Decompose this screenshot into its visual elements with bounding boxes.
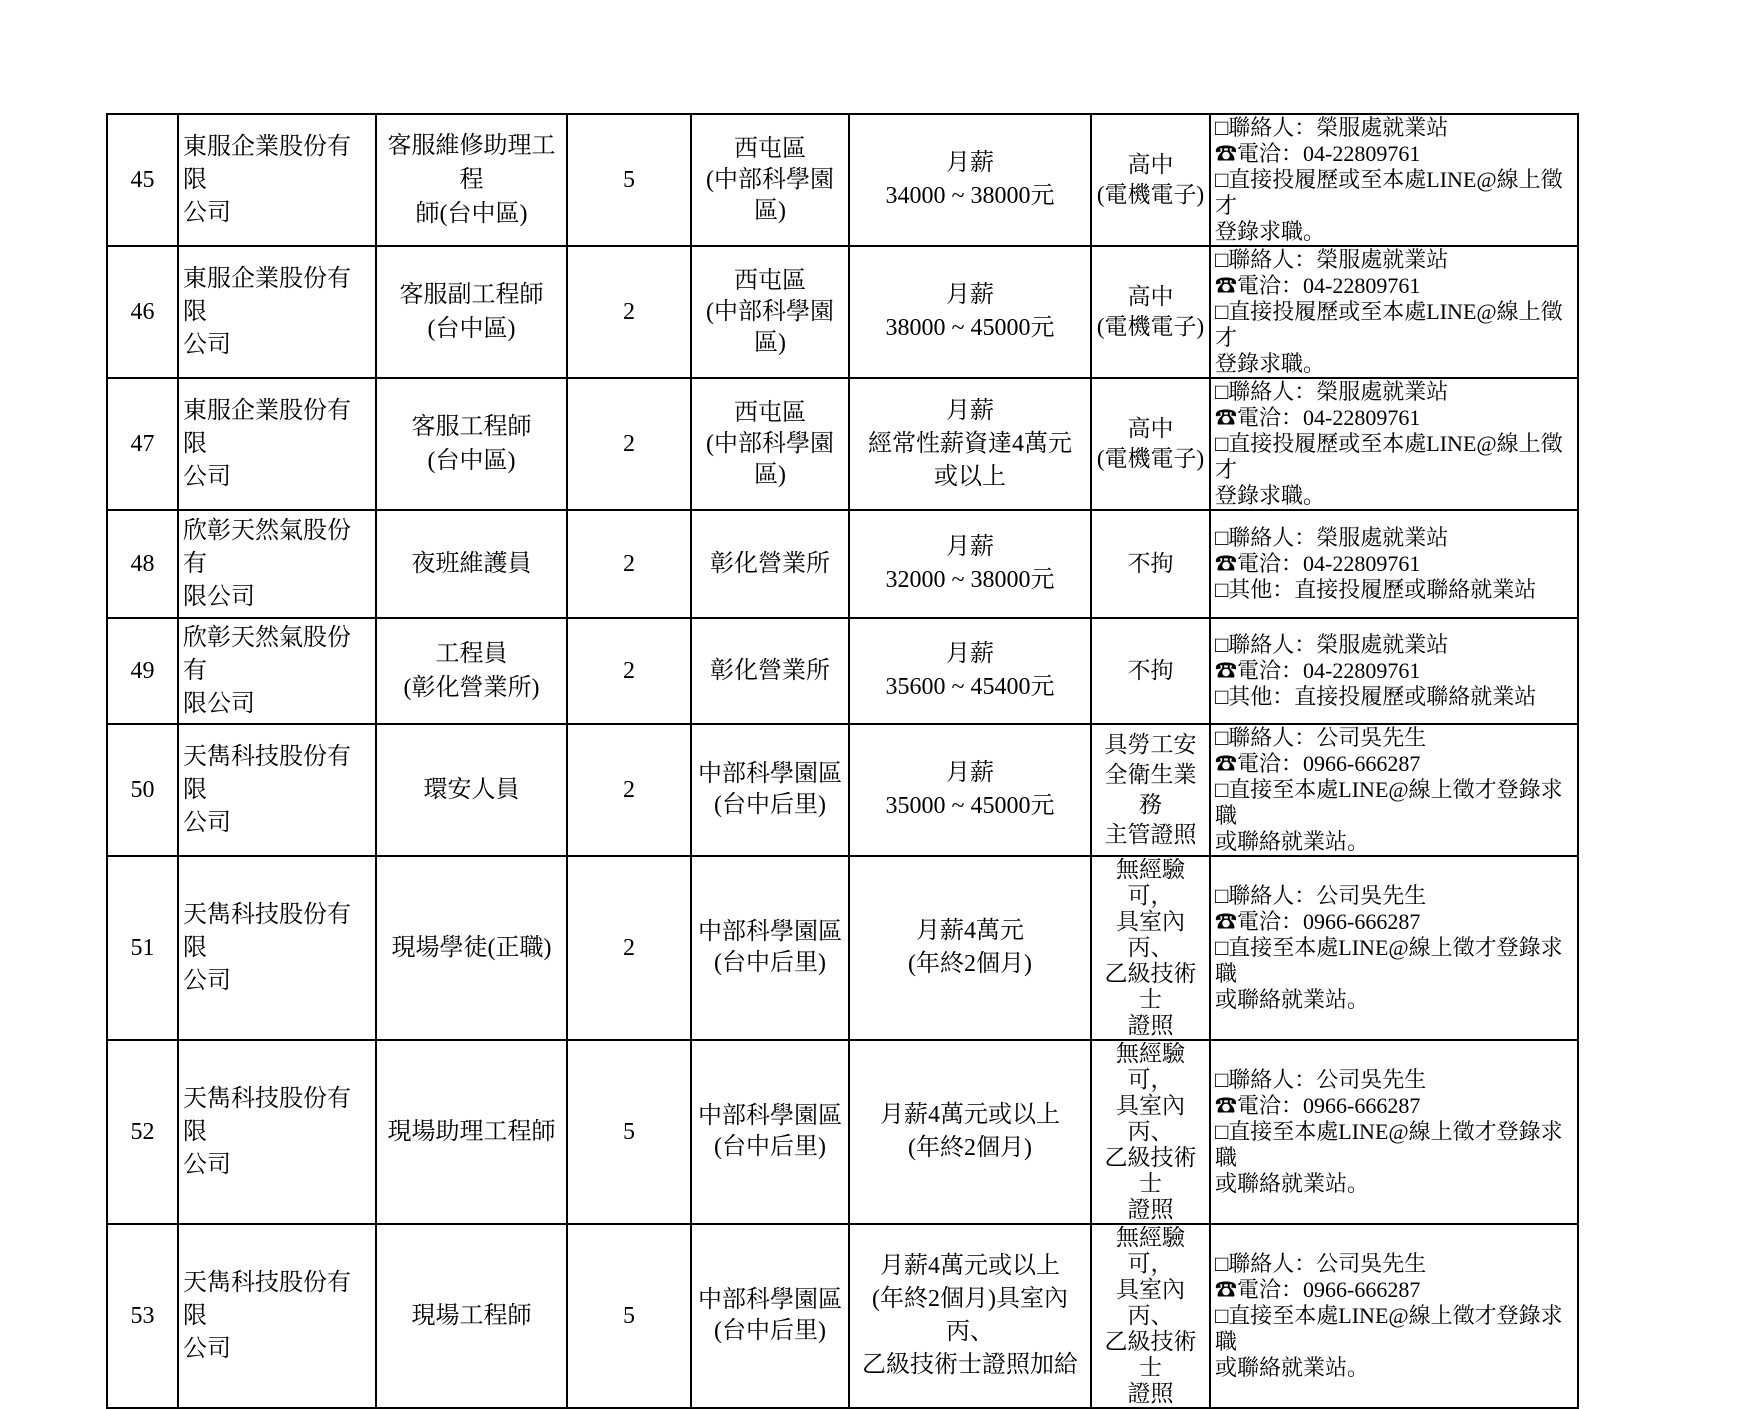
- table-row: 50 天雋科技股份有限 公司 環安人員 2 中部科學園區 (台中后里) 月薪 3…: [107, 724, 1578, 856]
- requirement-cell: 無經驗可， 具室內丙、 乙級技術士 證照: [1091, 856, 1210, 1040]
- table-row: 53 天雋科技股份有限 公司 現場工程師 5 中部科學園區 (台中后里) 月薪4…: [107, 1224, 1578, 1408]
- location-cell: 西屯區 (中部科學園 區): [691, 246, 849, 378]
- job-title-cell: 客服工程師 (台中區): [376, 378, 567, 510]
- salary-cell: 月薪 經常性薪資達4萬元 或以上: [849, 378, 1091, 510]
- openings-cell: 5: [567, 114, 691, 246]
- job-title-cell: 工程員 (彰化營業所): [376, 618, 567, 724]
- openings-cell: 5: [567, 1224, 691, 1408]
- company-cell: 欣彰天然氣股份有 限公司: [178, 618, 376, 724]
- row-number-cell: 50: [107, 724, 178, 856]
- salary-cell: 月薪4萬元 (年終2個月): [849, 856, 1091, 1040]
- contact-cell: □聯絡人：公司吳先生 ☎電洽：0966-666287 □直接至本處LINE@線上…: [1210, 1040, 1578, 1224]
- job-title-cell: 客服維修助理工程 師(台中區): [376, 114, 567, 246]
- requirement-cell: 具勞工安 全衛生業務 主管證照: [1091, 724, 1210, 856]
- salary-cell: 月薪 32000 ~ 38000元: [849, 510, 1091, 618]
- requirement-cell: 不拘: [1091, 618, 1210, 724]
- row-number-cell: 49: [107, 618, 178, 724]
- table-row: 49 欣彰天然氣股份有 限公司 工程員 (彰化營業所) 2 彰化營業所 月薪 3…: [107, 618, 1578, 724]
- requirement-cell: 高中 (電機電子): [1091, 378, 1210, 510]
- requirement-cell: 無經驗可， 具室內丙、 乙級技術士 證照: [1091, 1040, 1210, 1224]
- job-title-cell: 客服副工程師 (台中區): [376, 246, 567, 378]
- company-cell: 天雋科技股份有限 公司: [178, 724, 376, 856]
- contact-cell: □聯絡人：榮服處就業站 ☎電洽：04-22809761 □其他：直接投履歷或聯絡…: [1210, 510, 1578, 618]
- location-cell: 西屯區 (中部科學園 區): [691, 114, 849, 246]
- table-row: 51 天雋科技股份有限 公司 現場學徒(正職) 2 中部科學園區 (台中后里) …: [107, 856, 1578, 1040]
- location-cell: 西屯區 (中部科學園 區): [691, 378, 849, 510]
- table-row: 46 東服企業股份有限 公司 客服副工程師 (台中區) 2 西屯區 (中部科學園…: [107, 246, 1578, 378]
- requirement-cell: 高中 (電機電子): [1091, 246, 1210, 378]
- row-number-cell: 52: [107, 1040, 178, 1224]
- salary-cell: 月薪 35600 ~ 45400元: [849, 618, 1091, 724]
- requirement-cell: 不拘: [1091, 510, 1210, 618]
- openings-cell: 2: [567, 378, 691, 510]
- table-row: 52 天雋科技股份有限 公司 現場助理工程師 5 中部科學園區 (台中后里) 月…: [107, 1040, 1578, 1224]
- job-title-cell: 現場助理工程師: [376, 1040, 567, 1224]
- job-title-cell: 現場學徒(正職): [376, 856, 567, 1040]
- openings-cell: 2: [567, 510, 691, 618]
- salary-cell: 月薪4萬元或以上 (年終2個月): [849, 1040, 1091, 1224]
- job-title-cell: 夜班維護員: [376, 510, 567, 618]
- company-cell: 天雋科技股份有限 公司: [178, 1040, 376, 1224]
- job-title-cell: 環安人員: [376, 724, 567, 856]
- contact-cell: □聯絡人：榮服處就業站 ☎電洽：04-22809761 □直接投履歷或至本處LI…: [1210, 378, 1578, 510]
- row-number-cell: 51: [107, 856, 178, 1040]
- requirement-cell: 高中 (電機電子): [1091, 114, 1210, 246]
- salary-cell: 月薪4萬元或以上 (年終2個月)具室內丙、 乙級技術士證照加給: [849, 1224, 1091, 1408]
- company-cell: 東服企業股份有限 公司: [178, 378, 376, 510]
- job-title-cell: 現場工程師: [376, 1224, 567, 1408]
- openings-cell: 2: [567, 724, 691, 856]
- salary-cell: 月薪 34000 ~ 38000元: [849, 114, 1091, 246]
- location-cell: 中部科學園區 (台中后里): [691, 724, 849, 856]
- salary-cell: 月薪 35000 ~ 45000元: [849, 724, 1091, 856]
- location-cell: 彰化營業所: [691, 510, 849, 618]
- table-row: 47 東服企業股份有限 公司 客服工程師 (台中區) 2 西屯區 (中部科學園 …: [107, 378, 1578, 510]
- location-cell: 彰化營業所: [691, 618, 849, 724]
- location-cell: 中部科學園區 (台中后里): [691, 1040, 849, 1224]
- row-number-cell: 45: [107, 114, 178, 246]
- company-cell: 東服企業股份有限 公司: [178, 114, 376, 246]
- location-cell: 中部科學園區 (台中后里): [691, 856, 849, 1040]
- row-number-cell: 48: [107, 510, 178, 618]
- contact-cell: □聯絡人：公司吳先生 ☎電洽：0966-666287 □直接至本處LINE@線上…: [1210, 1224, 1578, 1408]
- row-number-cell: 47: [107, 378, 178, 510]
- location-cell: 中部科學園區 (台中后里): [691, 1224, 849, 1408]
- contact-cell: □聯絡人：榮服處就業站 ☎電洽：04-22809761 □直接投履歷或至本處LI…: [1210, 114, 1578, 246]
- table-row: 45 東服企業股份有限 公司 客服維修助理工程 師(台中區) 5 西屯區 (中部…: [107, 114, 1578, 246]
- contact-cell: □聯絡人：公司吳先生 ☎電洽：0966-666287 □直接至本處LINE@線上…: [1210, 724, 1578, 856]
- openings-cell: 2: [567, 246, 691, 378]
- company-cell: 天雋科技股份有限 公司: [178, 1224, 376, 1408]
- requirement-cell: 無經驗可， 具室內丙、 乙級技術士 證照: [1091, 1224, 1210, 1408]
- company-cell: 天雋科技股份有限 公司: [178, 856, 376, 1040]
- document-page: 45 東服企業股份有限 公司 客服維修助理工程 師(台中區) 5 西屯區 (中部…: [0, 0, 1755, 1241]
- salary-cell: 月薪 38000 ~ 45000元: [849, 246, 1091, 378]
- row-number-cell: 46: [107, 246, 178, 378]
- contact-cell: □聯絡人：公司吳先生 ☎電洽：0966-666287 □直接至本處LINE@線上…: [1210, 856, 1578, 1040]
- table-row: 48 欣彰天然氣股份有 限公司 夜班維護員 2 彰化營業所 月薪 32000 ~…: [107, 510, 1578, 618]
- contact-cell: □聯絡人：榮服處就業站 ☎電洽：04-22809761 □直接投履歷或至本處LI…: [1210, 246, 1578, 378]
- contact-cell: □聯絡人：榮服處就業站 ☎電洽：04-22809761 □其他：直接投履歷或聯絡…: [1210, 618, 1578, 724]
- row-number-cell: 53: [107, 1224, 178, 1408]
- company-cell: 欣彰天然氣股份有 限公司: [178, 510, 376, 618]
- openings-cell: 2: [567, 856, 691, 1040]
- job-listing-table: 45 東服企業股份有限 公司 客服維修助理工程 師(台中區) 5 西屯區 (中部…: [106, 113, 1579, 1409]
- openings-cell: 5: [567, 1040, 691, 1224]
- company-cell: 東服企業股份有限 公司: [178, 246, 376, 378]
- openings-cell: 2: [567, 618, 691, 724]
